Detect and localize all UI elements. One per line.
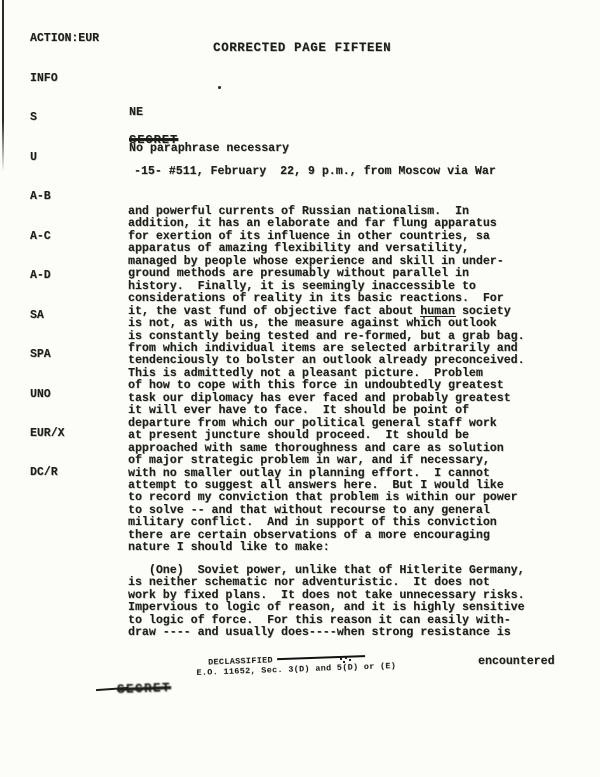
ink-speck [218,86,221,89]
distribution-item-ac: A-C [30,230,99,243]
body-paragraph-2: (One) Soviet power, unlike that of Hitle… [128,565,525,640]
page-title: CORRECTED PAGE FIFTEEN [213,41,391,55]
distribution-item-spa: SPA [30,348,99,361]
distribution-item-info: INFO [30,72,99,85]
classification-stamp-bottom: SECRET [117,681,171,697]
telegram-header-line: -15- #511, February 22, 9 p.m., from Mos… [134,165,496,178]
routing-office-code: NE [129,107,289,119]
distribution-list: ACTION:EUR INFO S U A-B A-C A-D SA SPA U… [30,6,99,506]
underline-mark-human [420,316,456,317]
distribution-item-uno: UNO [30,388,99,401]
classification-stamp-top: SECRET [129,133,178,147]
distribution-item-ab: A-B [30,190,99,203]
stamp-signature-line [277,655,365,660]
declassified-stamp: DECLASSIFIED E.O. 11652, Sec. 3(D) and 5… [196,651,396,678]
telegram-scanned-page: ACTION:EUR INFO S U A-B A-C A-D SA SPA U… [0,0,600,777]
distribution-item-dcr: DC/R [30,466,99,479]
scan-edge-artifact [2,0,4,172]
stamp-ink-specks [340,658,342,660]
distribution-item-ad: A-D [30,269,99,282]
distribution-item-eurx: EUR/X [30,427,99,440]
distribution-item-u: U [30,151,99,164]
distribution-item-s: S [30,111,99,124]
distribution-item-action: ACTION:EUR [30,32,99,45]
body-paragraph-1: and powerful currents of Russian nationa… [128,206,525,555]
carryover-word: encountered [478,655,555,668]
distribution-item-sa: SA [30,309,99,322]
